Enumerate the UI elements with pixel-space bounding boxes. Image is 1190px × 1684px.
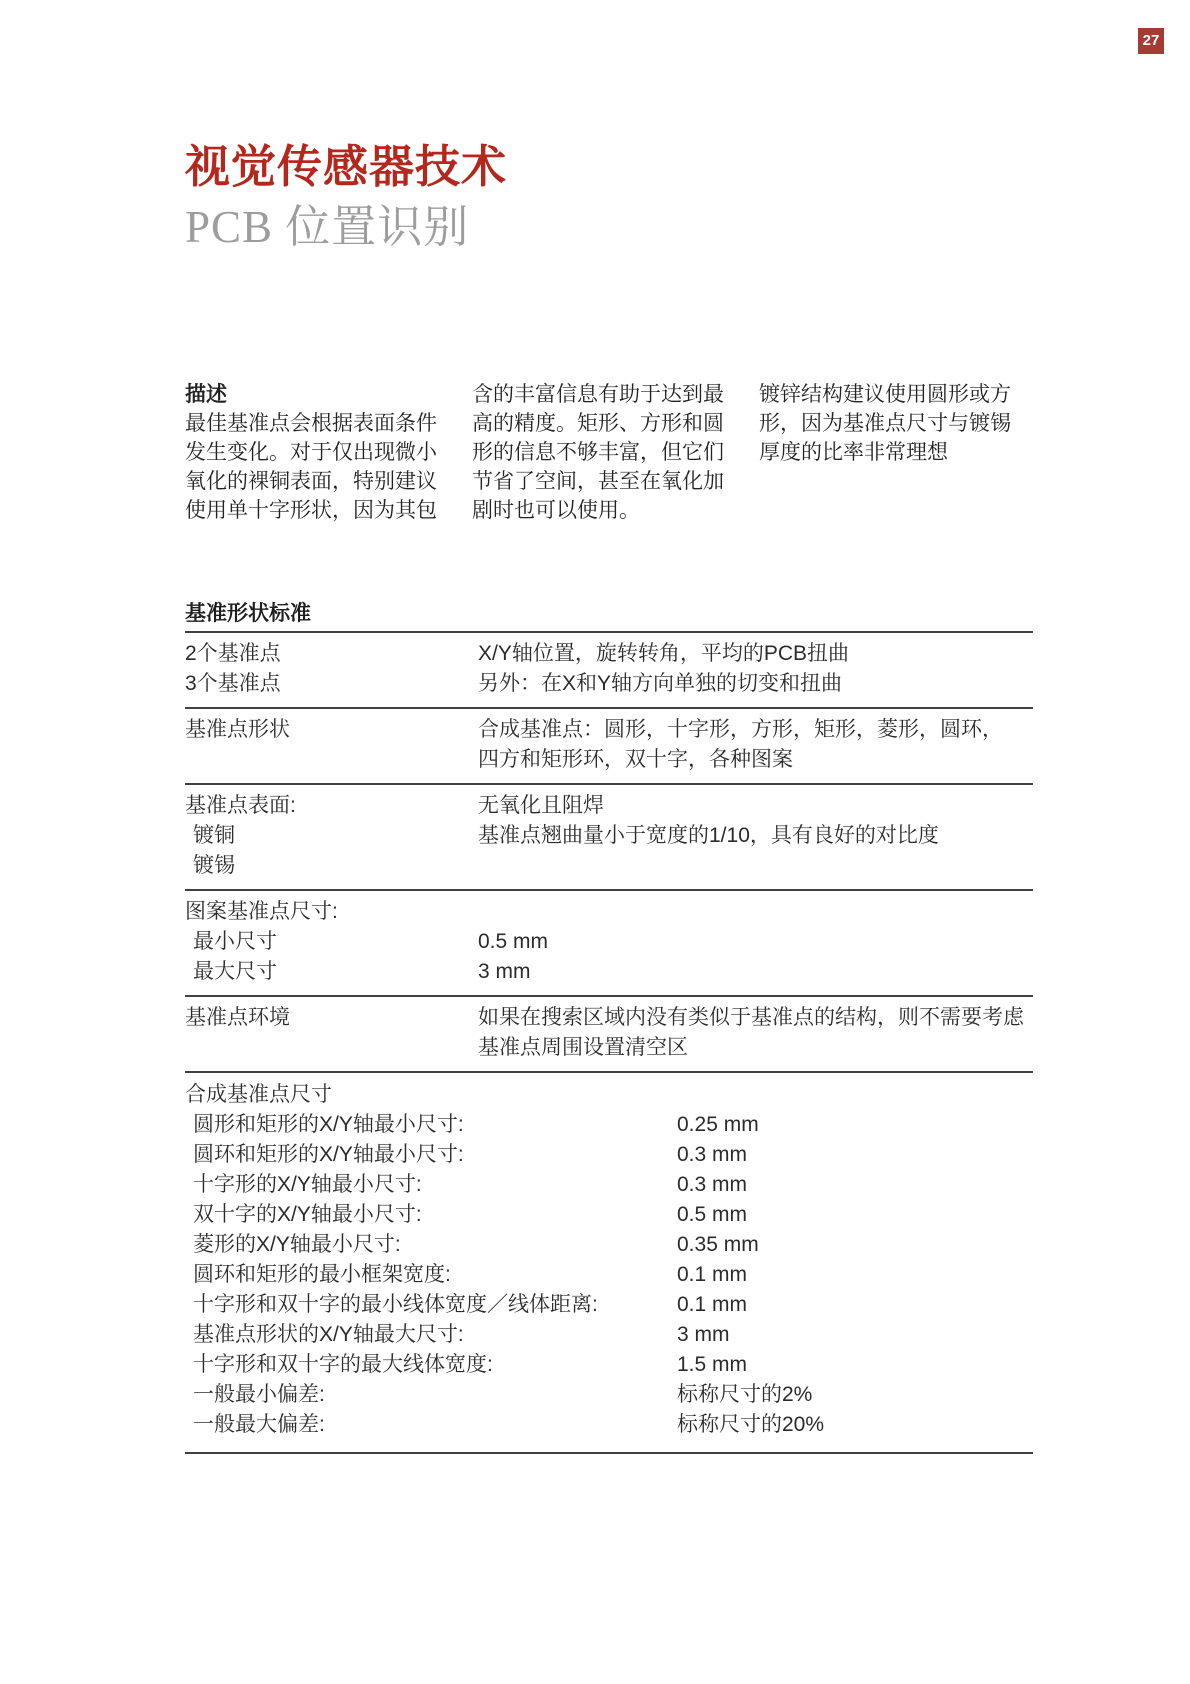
row-values: 如果在搜索区域内没有类似于基准点的结构，则不需要考虑 基准点周围设置清空区 bbox=[478, 1003, 1033, 1063]
spec-label: 菱形的X/Y轴最小尺寸: bbox=[193, 1230, 677, 1260]
spec-item: 圆环和矩形的X/Y轴最小尺寸: 0.3 mm bbox=[185, 1140, 1033, 1170]
row-value: 合成基准点：圆形，十字形，方形，矩形，菱形，圆环， bbox=[478, 715, 1033, 745]
spec-table-title: 基准形状标准 bbox=[185, 601, 1033, 625]
row-labels: 基准点环境 bbox=[185, 1003, 478, 1063]
row-labels: 图案基准点尺寸: 最小尺寸 最大尺寸 bbox=[185, 897, 478, 987]
spec-label: 十字形和双十字的最大线体宽度: bbox=[193, 1350, 677, 1380]
row-value: 如果在搜索区域内没有类似于基准点的结构，则不需要考虑 bbox=[478, 1003, 1033, 1033]
row-sublabel: 镀铜 bbox=[185, 821, 478, 851]
spec-label: 圆环和矩形的X/Y轴最小尺寸: bbox=[193, 1140, 677, 1170]
page-number-badge: 27 bbox=[1138, 28, 1164, 54]
spec-label: 一般最小偏差: bbox=[193, 1380, 677, 1410]
spec-table: 基准形状标准 2个基准点 3个基准点 X/Y轴位置，旋转转角，平均的PCB扭曲 … bbox=[185, 601, 1033, 1454]
row-values: 无氧化且阻焊 基准点翘曲量小于宽度的1/10，具有良好的对比度 bbox=[478, 791, 1033, 881]
spec-item: 一般最小偏差: 标称尺寸的2% bbox=[185, 1380, 1033, 1410]
spec-item: 菱形的X/Y轴最小尺寸: 0.35 mm bbox=[185, 1230, 1033, 1260]
table-row: 图案基准点尺寸: 最小尺寸 最大尺寸 0.5 mm 3 mm bbox=[185, 889, 1033, 995]
spec-label: 双十字的X/Y轴最小尺寸: bbox=[193, 1200, 677, 1230]
row-values: 0.5 mm 3 mm bbox=[478, 897, 1033, 987]
spec-value: 标称尺寸的20% bbox=[677, 1410, 1033, 1440]
description-column-3: 镀锌结构建议使用圆形或方形，因为基准点尺寸与镀锡厚度的比率非常理想 bbox=[759, 380, 1017, 525]
row-labels: 基准点表面: 镀铜 镀锡 bbox=[185, 791, 478, 881]
row-value: X/Y轴位置，旋转转角，平均的PCB扭曲 bbox=[478, 639, 1033, 669]
spec-value: 0.5 mm bbox=[677, 1200, 1033, 1230]
spec-value: 0.25 mm bbox=[677, 1110, 1033, 1140]
row-value: 0.5 mm bbox=[478, 927, 1033, 957]
row-value: 另外：在X和Y轴方向单独的切变和扭曲 bbox=[478, 669, 1033, 699]
table-row: 基准点表面: 镀铜 镀锡 无氧化且阻焊 基准点翘曲量小于宽度的1/10，具有良好… bbox=[185, 783, 1033, 889]
spec-label: 圆形和矩形的X/Y轴最小尺寸: bbox=[193, 1110, 677, 1140]
spec-item: 双十字的X/Y轴最小尺寸: 0.5 mm bbox=[185, 1200, 1033, 1230]
page-content: 视觉传感器技术 PCB 位置识别 描述 最佳基准点会根据表面条件发生变化。对于仅… bbox=[185, 0, 1033, 1454]
page-title: 视觉传感器技术 bbox=[185, 140, 1033, 194]
row-value bbox=[478, 897, 1033, 927]
description-text-3: 镀锌结构建议使用圆形或方形，因为基准点尺寸与镀锡厚度的比率非常理想 bbox=[759, 380, 1017, 467]
row-value: 无氧化且阻焊 bbox=[478, 791, 1033, 821]
row-sublabel: 最小尺寸 bbox=[185, 927, 478, 957]
description-column-1: 描述 最佳基准点会根据表面条件发生变化。对于仅出现微小氧化的裸铜表面，特别建议使… bbox=[185, 380, 443, 525]
spec-value: 0.3 mm bbox=[677, 1140, 1033, 1170]
row-label: 2个基准点 bbox=[185, 639, 478, 669]
row-sublabel: 镀锡 bbox=[185, 851, 478, 881]
description-section: 描述 最佳基准点会根据表面条件发生变化。对于仅出现微小氧化的裸铜表面，特别建议使… bbox=[185, 380, 1033, 525]
row-label: 图案基准点尺寸: bbox=[185, 897, 478, 927]
table-row: 基准点环境 如果在搜索区域内没有类似于基准点的结构，则不需要考虑 基准点周围设置… bbox=[185, 995, 1033, 1071]
page-subtitle: PCB 位置识别 bbox=[185, 200, 1033, 254]
spec-value: 0.3 mm bbox=[677, 1170, 1033, 1200]
synthetic-fiducial-size-section: 合成基准点尺寸 圆形和矩形的X/Y轴最小尺寸: 0.25 mm 圆环和矩形的X/… bbox=[185, 1071, 1033, 1454]
spec-item: 十字形和双十字的最小线体宽度／线体距离: 0.1 mm bbox=[185, 1290, 1033, 1320]
row-values: 合成基准点：圆形，十字形，方形，矩形，菱形，圆环， 四方和矩形环，双十字，各种图… bbox=[478, 715, 1033, 775]
spec-item: 十字形的X/Y轴最小尺寸: 0.3 mm bbox=[185, 1170, 1033, 1200]
spec-value: 0.1 mm bbox=[677, 1290, 1033, 1320]
spec-label: 圆环和矩形的最小框架宽度: bbox=[193, 1260, 677, 1290]
spec-item: 圆环和矩形的最小框架宽度: 0.1 mm bbox=[185, 1260, 1033, 1290]
row-label: 基准点表面: bbox=[185, 791, 478, 821]
document-page: 27 视觉传感器技术 PCB 位置识别 描述 最佳基准点会根据表面条件发生变化。… bbox=[0, 0, 1190, 1684]
row-label: 3个基准点 bbox=[185, 669, 478, 699]
row-labels: 2个基准点 3个基准点 bbox=[185, 639, 478, 699]
spec-value: 0.1 mm bbox=[677, 1260, 1033, 1290]
description-heading: 描述 bbox=[185, 380, 443, 409]
row-value: 3 mm bbox=[478, 957, 1033, 987]
table-row: 2个基准点 3个基准点 X/Y轴位置，旋转转角，平均的PCB扭曲 另外：在X和Y… bbox=[185, 631, 1033, 707]
spec-label: 一般最大偏差: bbox=[193, 1410, 677, 1440]
row-label: 基准点形状 bbox=[185, 715, 478, 745]
spec-label: 十字形的X/Y轴最小尺寸: bbox=[193, 1170, 677, 1200]
synthetic-section-title: 合成基准点尺寸 bbox=[185, 1080, 1033, 1110]
spec-value: 0.35 mm bbox=[677, 1230, 1033, 1260]
spec-item: 十字形和双十字的最大线体宽度: 1.5 mm bbox=[185, 1350, 1033, 1380]
row-value: 四方和矩形环，双十字，各种图案 bbox=[478, 745, 1033, 775]
row-label: 基准点环境 bbox=[185, 1003, 478, 1033]
description-text-2: 含的丰富信息有助于达到最高的精度。矩形、方形和圆形的信息不够丰富，但它们节省了空… bbox=[472, 380, 730, 525]
spec-item: 一般最大偏差: 标称尺寸的20% bbox=[185, 1410, 1033, 1440]
spec-value: 3 mm bbox=[677, 1320, 1033, 1350]
spec-value: 1.5 mm bbox=[677, 1350, 1033, 1380]
row-value: 基准点周围设置清空区 bbox=[478, 1033, 1033, 1063]
row-sublabel: 最大尺寸 bbox=[185, 957, 478, 987]
spec-item: 圆形和矩形的X/Y轴最小尺寸: 0.25 mm bbox=[185, 1110, 1033, 1140]
description-column-2: 含的丰富信息有助于达到最高的精度。矩形、方形和圆形的信息不够丰富，但它们节省了空… bbox=[472, 380, 730, 525]
spec-value: 标称尺寸的2% bbox=[677, 1380, 1033, 1410]
spec-item: 基准点形状的X/Y轴最大尺寸: 3 mm bbox=[185, 1320, 1033, 1350]
row-values: X/Y轴位置，旋转转角，平均的PCB扭曲 另外：在X和Y轴方向单独的切变和扭曲 bbox=[478, 639, 1033, 699]
spec-label: 十字形和双十字的最小线体宽度／线体距离: bbox=[193, 1290, 677, 1320]
row-labels: 基准点形状 bbox=[185, 715, 478, 775]
table-row: 基准点形状 合成基准点：圆形，十字形，方形，矩形，菱形，圆环， 四方和矩形环，双… bbox=[185, 707, 1033, 783]
description-text-1: 最佳基准点会根据表面条件发生变化。对于仅出现微小氧化的裸铜表面，特别建议使用单十… bbox=[185, 409, 443, 525]
spec-label: 基准点形状的X/Y轴最大尺寸: bbox=[193, 1320, 677, 1350]
row-value: 基准点翘曲量小于宽度的1/10，具有良好的对比度 bbox=[478, 821, 1033, 851]
